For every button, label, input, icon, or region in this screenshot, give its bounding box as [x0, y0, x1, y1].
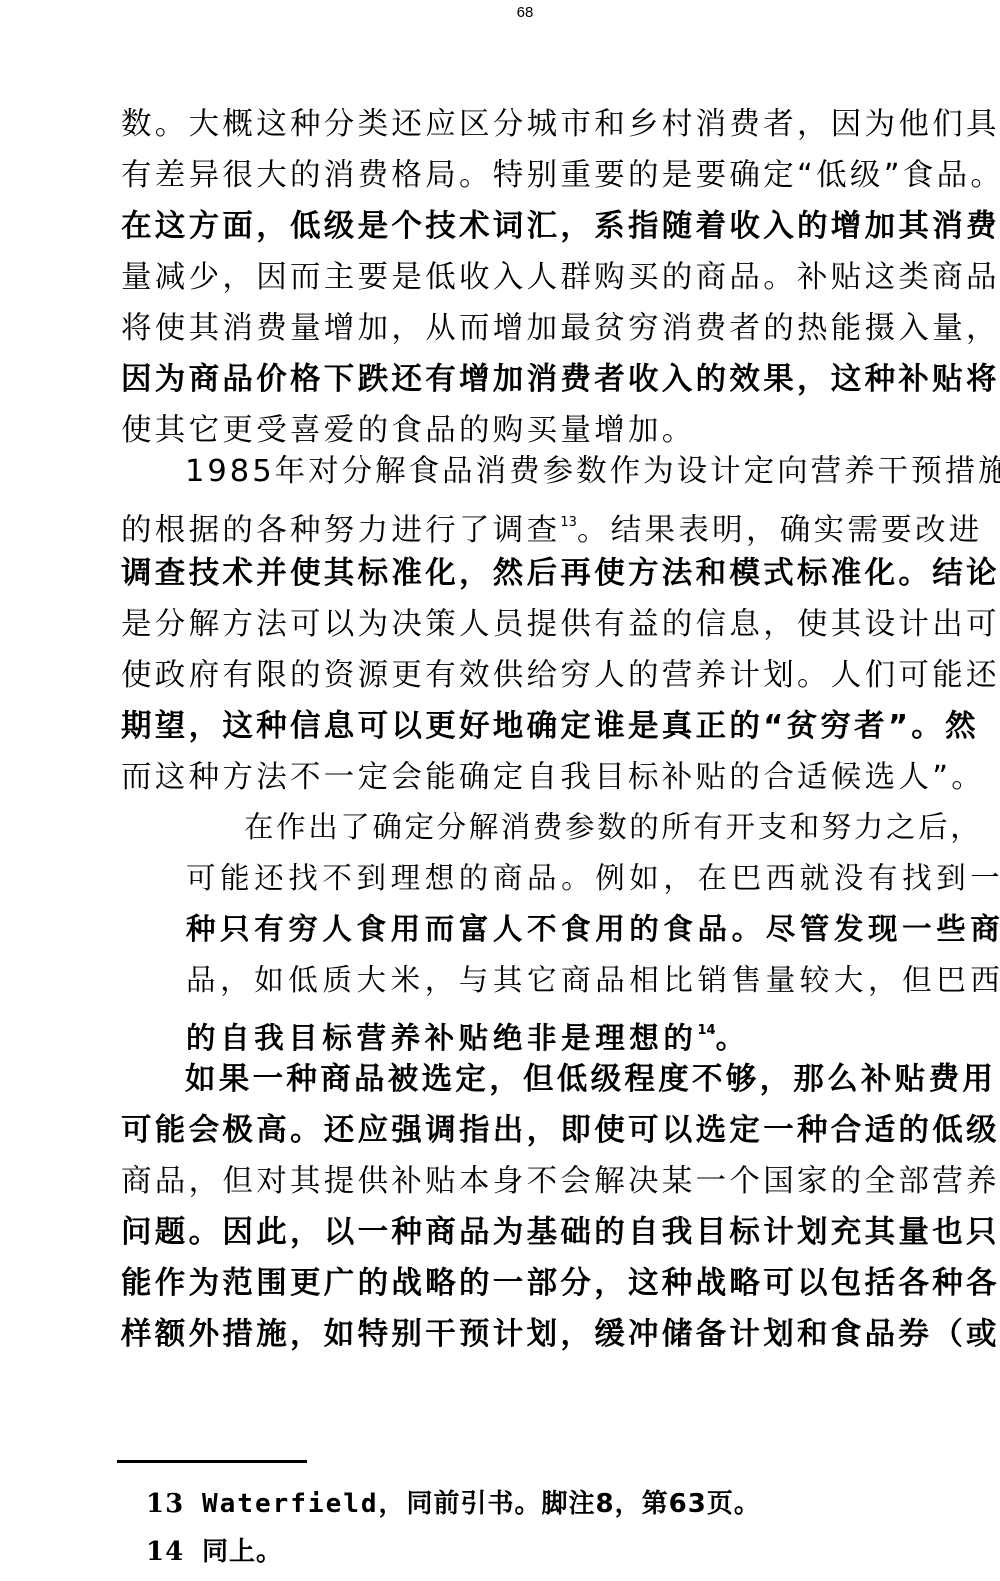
- footnote-number: 13: [146, 1489, 202, 1519]
- page-number: 68: [0, 4, 1000, 21]
- text-line: 的根据的各种努力进行了调查13。结果表明，确实需要改进: [121, 506, 983, 548]
- text-line: 量减少，因而主要是低收入人群购买的商品。补贴这类商品: [121, 261, 1000, 295]
- text-line: 可能还找不到理想的商品。例如，在巴西就没有找到一: [186, 861, 1000, 895]
- text-line: 问题。因此，以一种商品为基础的自我目标计划充其量也只: [121, 1216, 1000, 1250]
- text-segment: 。: [716, 1021, 750, 1055]
- footnote-author: Waterfield，: [202, 1489, 407, 1519]
- text-segment: 的根据的各种努力进行了调查: [121, 513, 560, 548]
- footnote-ref-14[interactable]: 14: [698, 1023, 716, 1038]
- text-line: 如果一种商品被选定，但低级程度不够，那么补贴费用: [185, 1063, 996, 1097]
- footnote-number: 14: [146, 1537, 202, 1567]
- footnote-13: 13Waterfield，同前引书。脚注8，第63页。: [146, 1489, 761, 1519]
- text-line: 商品，但对其提供补贴本身不会解决某一个国家的全部营养: [121, 1165, 1000, 1199]
- text-line: 使其它更受喜爱的食品的购买量增加。: [121, 414, 696, 448]
- text-line: 在作出了确定分解消费参数的所有开支和努力之后，: [244, 810, 982, 844]
- footnote-14: 14同上。: [146, 1537, 283, 1567]
- footnote-text: 同前引书。脚注8，第63页。: [407, 1489, 761, 1519]
- text-line: 期望，这种信息可以更好地确定谁是真正的“贫穷者”。然: [121, 710, 979, 744]
- text-line: 品，如低质大米，与其它商品相比销售量较大，但巴西: [186, 963, 1000, 997]
- footnote-divider: [117, 1460, 307, 1463]
- text-line: 使政府有限的资源更有效供给穷人的营养计划。人们可能还: [121, 659, 1000, 693]
- text-line: 而这种方法不一定会能确定自我目标补贴的合适候选人”。: [121, 761, 985, 795]
- text-line: 有差异很大的消费格局。特别重要的是要确定“低级”食品。: [121, 159, 1000, 193]
- text-line: 可能会极高。还应强调指出，即使可以选定一种合适的低级: [121, 1114, 1000, 1148]
- text-line: 1985年对分解食品消费参数作为设计定向营养干预措施: [185, 455, 1000, 489]
- text-line: 将使其消费量增加，从而增加最贫穷消费者的热能摄入量，: [121, 312, 1000, 346]
- text-line: 的自我目标营养补贴绝非是理想的14。: [186, 1014, 750, 1055]
- text-line: 是分解方法可以为决策人员提供有益的信息，使其设计出可: [121, 608, 1000, 642]
- text-line: 能作为范围更广的战略的一部分，这种战略可以包括各种各: [121, 1267, 1000, 1301]
- text-line: 样额外措施，如特别干预计划，缓冲储备计划和食品券（或: [121, 1318, 1000, 1352]
- footnote-ref-13[interactable]: 13: [560, 515, 577, 530]
- text-line: 数。大概这种分类还应区分城市和乡村消费者，因为他们具: [121, 108, 1000, 142]
- text-line: 种只有穷人食用而富人不食用的食品。尽管发现一些商: [186, 912, 1000, 946]
- text-line: 因为商品价格下跌还有增加消费者收入的效果，这种补贴将: [121, 363, 1000, 397]
- text-segment: 。结果表明，确实需要改进: [577, 513, 983, 548]
- text-line: 在这方面，低级是个技术词汇，系指随着收入的增加其消费: [121, 210, 1000, 244]
- text-line: 调查技术并使其标准化，然后再使方法和模式标准化。结论: [121, 557, 1000, 591]
- footnote-text: 同上。: [202, 1537, 283, 1567]
- text-segment: 的自我目标营养补贴绝非是理想的: [186, 1021, 698, 1055]
